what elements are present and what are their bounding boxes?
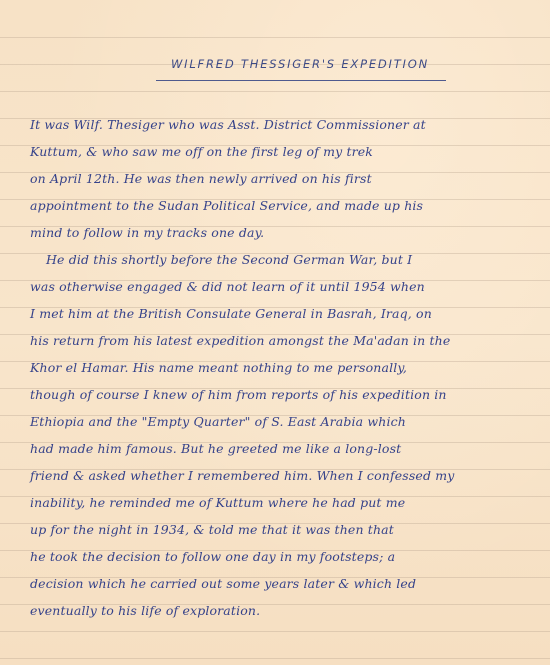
text-line: on April 12th. He was then newly arrived… bbox=[30, 171, 372, 193]
text-line: up for the night in 1934, & told me that… bbox=[30, 522, 394, 544]
text-line: his return from his latest expedition am… bbox=[30, 333, 450, 355]
text-line: had made him famous. But he greeted me l… bbox=[30, 441, 401, 463]
text-line: It was Wilf. Thesiger who was Asst. Dist… bbox=[30, 117, 426, 139]
title-underline bbox=[156, 80, 446, 81]
text-line: he took the decision to follow one day i… bbox=[30, 549, 395, 571]
text-line: though of course I knew of him from repo… bbox=[30, 387, 447, 409]
text-line: Ethiopia and the "Empty Quarter" of S. E… bbox=[30, 414, 406, 436]
text-line: friend & asked whether I remembered him.… bbox=[30, 468, 454, 490]
text-line: inability, he reminded me of Kuttum wher… bbox=[30, 495, 405, 517]
document-title: WILFRED THESSIGER'S EXPEDITION bbox=[150, 57, 450, 71]
text-line: Kuttum, & who saw me off on the first le… bbox=[30, 144, 373, 166]
text-line: mind to follow in my tracks one day. bbox=[30, 225, 264, 247]
text-line: decision which he carried out some years… bbox=[30, 576, 416, 598]
text-line: was otherwise engaged & did not learn of… bbox=[30, 279, 425, 301]
text-line: He did this shortly before the Second Ge… bbox=[46, 252, 412, 274]
text-line: eventually to his life of exploration. bbox=[30, 603, 260, 625]
text-line: appointment to the Sudan Political Servi… bbox=[30, 198, 423, 220]
text-line: I met him at the British Consulate Gener… bbox=[30, 306, 432, 328]
text-line: Khor el Hamar. His name meant nothing to… bbox=[30, 360, 407, 382]
